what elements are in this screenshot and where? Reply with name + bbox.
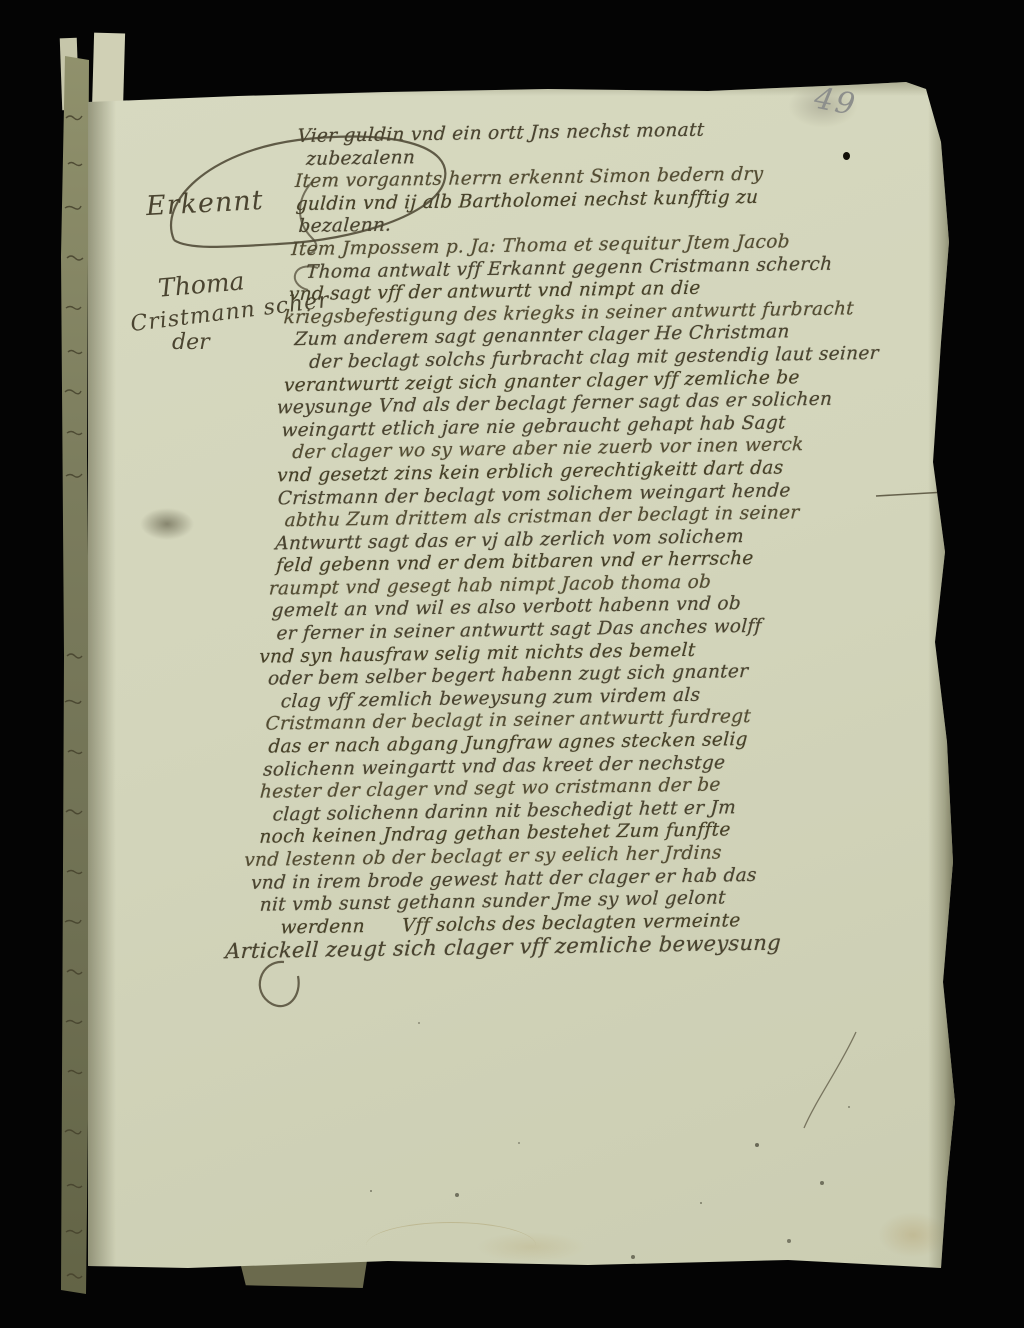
diagonal-pen-stroke	[804, 1032, 856, 1128]
fore-edge-writing-marks	[59, 56, 93, 1294]
manuscript-text-block: Vier guldin vnd ein ortt Jns nechst mona…	[253, 116, 946, 963]
tan-stain	[476, 1232, 586, 1262]
gutter-crease-shadow	[88, 82, 116, 1268]
manuscript-page: 49 Erkennt Thoma Cristmann scher der Vie…	[88, 82, 958, 1268]
corner-stain	[878, 1212, 948, 1258]
margin-note-thoma: Thoma	[157, 266, 246, 302]
ink-smudge-stain	[140, 508, 194, 540]
urteil-initial-swash	[260, 962, 299, 1006]
margin-note-der: der	[172, 330, 210, 355]
margin-note-erkennt: Erkennt	[145, 185, 264, 222]
underlying-page-fore-edge	[59, 56, 93, 1294]
photo-background: 49 Erkennt Thoma Cristmann scher der Vie…	[0, 0, 1024, 1328]
